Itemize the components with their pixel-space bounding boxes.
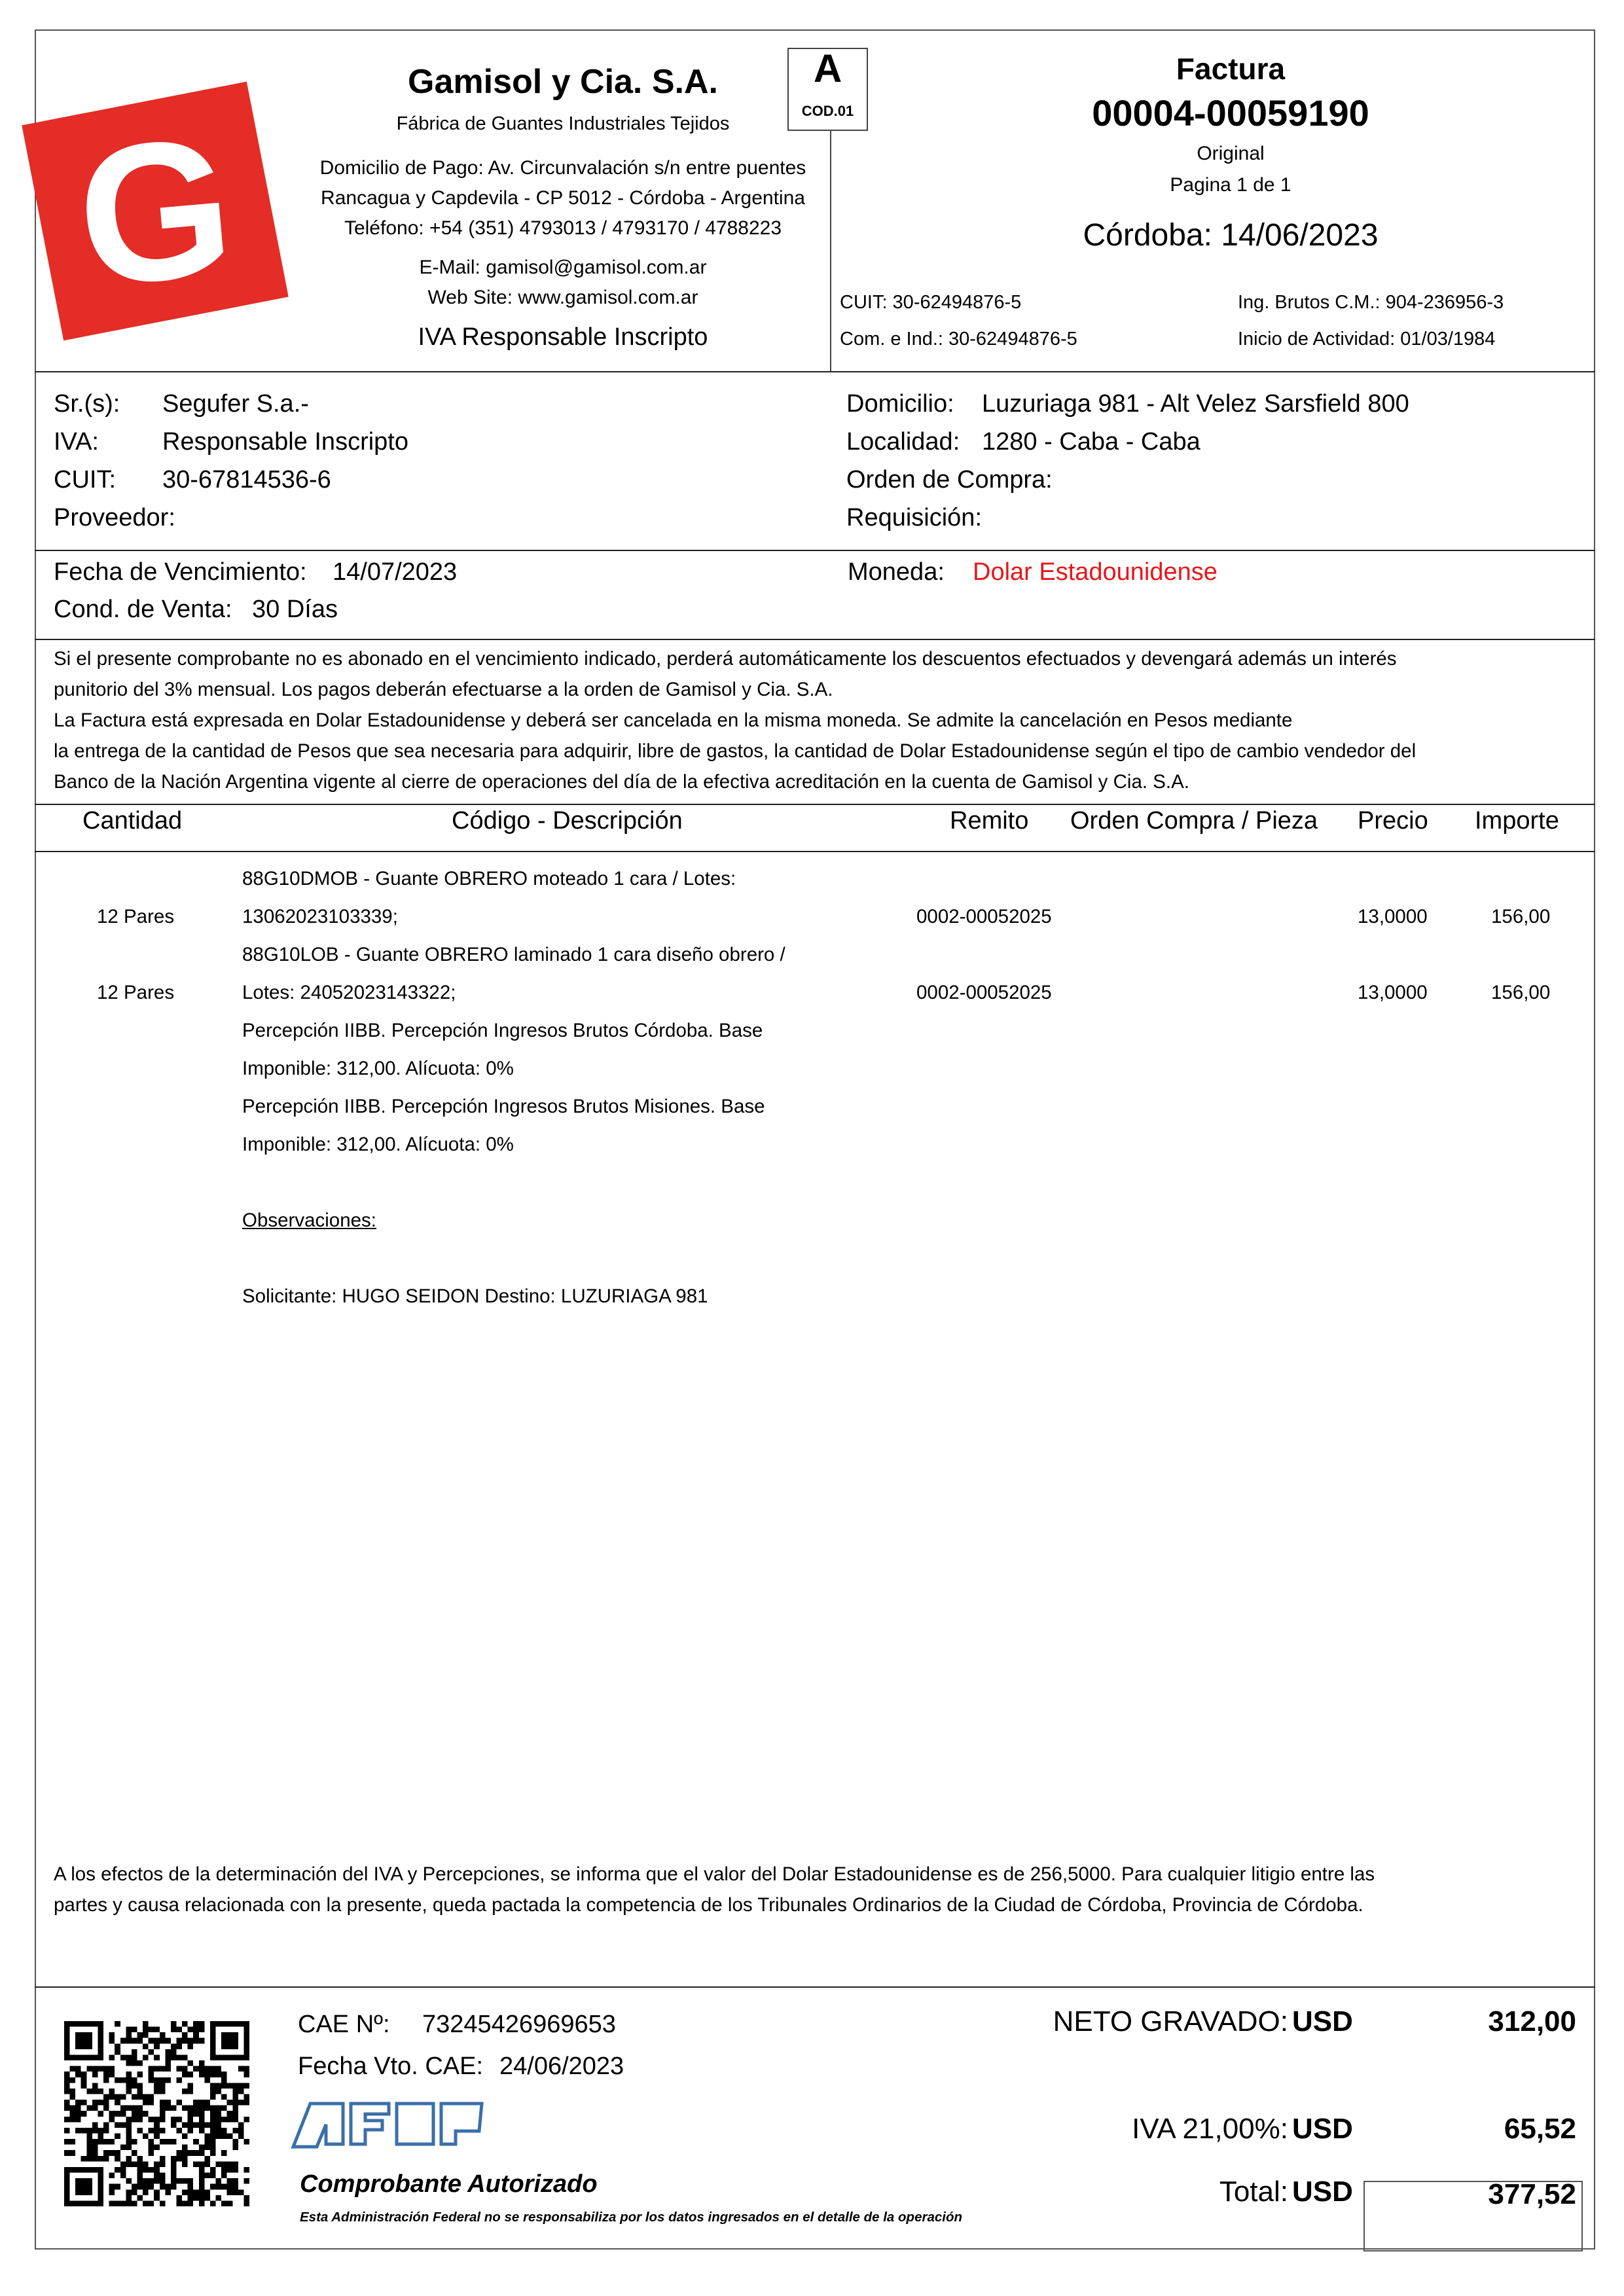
- company-address-1: Domicilio de Pago: Av. Circunvalación s/…: [275, 157, 851, 179]
- legal-line: Si el presente comprobante no es abonado…: [54, 643, 1585, 674]
- iva-currency: USD: [1292, 2113, 1353, 2145]
- company-name: Gamisol y Cia. S.A.: [275, 62, 851, 101]
- issuer-com-ind: Com. e Ind.: 30-62494876-5: [840, 329, 1077, 350]
- cae-vto-date: 24/06/2023: [499, 2053, 624, 2081]
- row-2-desc-line1: 88G10LOB - Guante OBRERO laminado 1 cara…: [242, 944, 785, 966]
- col-header-precio: Precio: [1358, 807, 1428, 835]
- afip-logo-icon: [291, 2098, 487, 2151]
- company-email: E-Mail: gamisol@gamisol.com.ar: [275, 257, 851, 279]
- footer-top-line: [35, 1986, 1595, 1988]
- cae-number: 73245426969653: [422, 2011, 616, 2039]
- authorized-label: Comprobante Autorizado: [300, 2170, 598, 2198]
- bottom-legal-notice: A los efectos de la determinación del IV…: [54, 1859, 1585, 1920]
- company-logo: G: [22, 82, 288, 341]
- customer-localidad: 1280 - Caba - Caba: [982, 428, 1200, 456]
- col-header-importe: Importe: [1475, 807, 1559, 835]
- legal-line: Banco de la Nación Argentina vigente al …: [54, 766, 1585, 797]
- iva-value: 65,52: [1375, 2113, 1576, 2145]
- afip-disclaimer: Esta Administración Federal no se respon…: [300, 2210, 962, 2225]
- invoice-page: Pagina 1 de 1: [838, 174, 1623, 196]
- iva-label: IVA 21,00%:: [916, 2113, 1288, 2145]
- issuer-ing-brutos: Ing. Brutos C.M.: 904-236956-3: [1238, 292, 1504, 314]
- issuer-inicio-actividad: Inicio de Actividad: 01/03/1984: [1238, 329, 1495, 350]
- row-1-desc-line2: 13062023103339;: [242, 906, 398, 928]
- header-divider: [830, 131, 831, 372]
- invoice-title: Factura: [838, 51, 1623, 86]
- company-subtitle: Fábrica de Guantes Industriales Tejidos: [275, 113, 851, 135]
- row-1-cantidad: 12 Pares: [97, 906, 174, 928]
- company-address-2: Rancagua y Capdevila - CP 5012 - Córdoba…: [275, 187, 851, 209]
- currency-label: Moneda:: [848, 558, 945, 586]
- perception-note: Imponible: 312,00. Alícuota: 0%: [242, 1134, 514, 1156]
- col-header-cantidad: Cantidad: [82, 807, 182, 835]
- legal-line: La Factura está expresada en Dolar Estad…: [54, 705, 1585, 736]
- col-header-orden: Orden Compra / Pieza: [1070, 807, 1318, 835]
- solicitante: Solicitante: HUGO SEIDON Destino: LUZURI…: [242, 1285, 708, 1308]
- row-2-remito: 0002-00052025: [916, 982, 1052, 1004]
- sale-condition: 30 Días: [252, 596, 338, 624]
- table-header-bottom-line: [35, 851, 1595, 852]
- company-iva: IVA Responsable Inscripto: [275, 323, 851, 351]
- total-value: 377,52: [1375, 2178, 1576, 2211]
- customer-cuit: 30-67814536-6: [162, 466, 331, 494]
- neto-label: NETO GRAVADO:: [916, 2005, 1288, 2038]
- row-2-importe: 156,00: [1491, 982, 1550, 1004]
- bottom-legal-line: partes y causa relacionada con la presen…: [54, 1890, 1585, 1920]
- customer-proveedor-label: Proveedor:: [54, 504, 175, 532]
- company-phone: Teléfono: +54 (351) 4793013 / 4793170 / …: [275, 217, 851, 240]
- col-header-remito: Remito: [950, 807, 1028, 835]
- bottom-legal-line: A los efectos de la determinación del IV…: [54, 1859, 1585, 1890]
- terms-bottom-line: [35, 639, 1595, 640]
- row-2-desc-line2: Lotes: 24052023143322;: [242, 982, 456, 1004]
- legal-line: la entrega de la cantidad de Pesos que s…: [54, 736, 1585, 766]
- company-website: Web Site: www.gamisol.com.ar: [275, 287, 851, 309]
- total-currency: USD: [1292, 2176, 1353, 2208]
- qr-code-icon: [64, 2021, 249, 2206]
- row-2-precio: 13,0000: [1358, 982, 1428, 1004]
- total-label: Total:: [916, 2176, 1288, 2208]
- row-1-precio: 13,0000: [1358, 906, 1428, 928]
- customer-iva: Responsable Inscripto: [162, 428, 408, 456]
- legal-line: punitorio del 3% mensual. Los pagos debe…: [54, 674, 1585, 705]
- customer-orden-compra-label: Orden de Compra:: [846, 466, 1053, 494]
- customer-iva-label: IVA:: [54, 428, 99, 456]
- perception-note: Percepción IIBB. Percepción Ingresos Bru…: [242, 1020, 763, 1042]
- due-date-label: Fecha de Vencimiento:: [54, 558, 307, 586]
- col-header-descripcion: Código - Descripción: [452, 807, 683, 835]
- customer-domicilio: Luzuriaga 981 - Alt Velez Sarsfield 800: [982, 390, 1409, 418]
- invoice-place-date: Córdoba: 14/06/2023: [838, 217, 1623, 253]
- invoice-number: 00004-00059190: [838, 92, 1623, 134]
- cae-label: CAE Nº:: [298, 2011, 390, 2039]
- sale-condition-label: Cond. de Venta:: [54, 596, 232, 624]
- observaciones-label: Observaciones:: [242, 1210, 376, 1232]
- perception-note: Percepción IIBB. Percepción Ingresos Bru…: [242, 1096, 765, 1118]
- logo-letter: G: [31, 92, 279, 330]
- issuer-cuit: CUIT: 30-62494876-5: [840, 292, 1021, 314]
- legal-notice: Si el presente comprobante no es abonado…: [54, 643, 1585, 797]
- due-date: 14/07/2023: [333, 558, 457, 586]
- invoice-copy: Original: [838, 143, 1623, 165]
- neto-value: 312,00: [1375, 2005, 1576, 2038]
- customer-name-label: Sr.(s):: [54, 390, 120, 418]
- row-1-desc-line1: 88G10DMOB - Guante OBRERO moteado 1 cara…: [242, 868, 736, 890]
- neto-currency: USD: [1292, 2005, 1353, 2038]
- cae-vto-label: Fecha Vto. CAE:: [298, 2053, 483, 2081]
- row-1-importe: 156,00: [1491, 906, 1550, 928]
- customer-domicilio-label: Domicilio:: [846, 390, 954, 418]
- customer-name: Segufer S.a.-: [162, 390, 309, 418]
- row-2-cantidad: 12 Pares: [97, 982, 174, 1004]
- header-bottom-line: [35, 371, 1595, 372]
- row-1-remito: 0002-00052025: [916, 906, 1052, 928]
- customer-bottom-line: [35, 550, 1595, 551]
- customer-requisicion-label: Requisición:: [846, 504, 982, 532]
- customer-localidad-label: Localidad:: [846, 428, 960, 456]
- customer-cuit-label: CUIT:: [54, 466, 116, 494]
- currency-value: Dolar Estadounidense: [973, 558, 1218, 586]
- perception-note: Imponible: 312,00. Alícuota: 0%: [242, 1058, 514, 1080]
- table-top-line: [35, 804, 1595, 805]
